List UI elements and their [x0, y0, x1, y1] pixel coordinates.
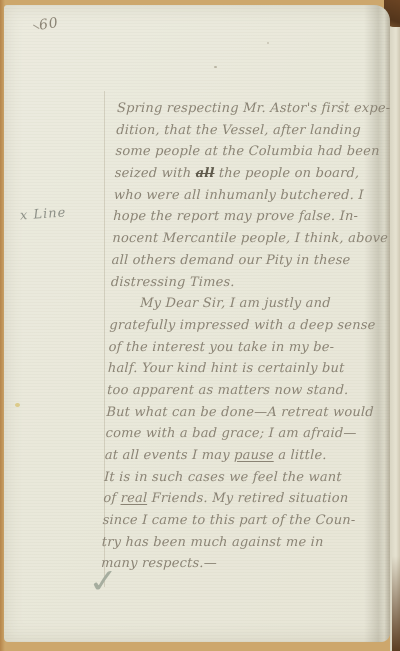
- manuscript-segment: gratefully impressed with a deep sense: [109, 318, 376, 333]
- manuscript-segment: of: [103, 491, 121, 506]
- manuscript-segment-underline: real: [120, 491, 147, 506]
- manuscript-line: at all events I may pause a little.: [104, 445, 383, 467]
- manuscript-segment: all others demand our Pity in these: [111, 253, 350, 268]
- manuscript-segment: the people on board,: [214, 166, 359, 181]
- paper-speck: [214, 66, 217, 68]
- manuscript-segment: But what can be done—A retreat would: [106, 405, 374, 420]
- manuscript-line: hope the report may prove false. In-: [113, 206, 392, 228]
- manuscript-segment: since I came to this part of the Coun-: [102, 513, 355, 528]
- paper-speck: [341, 101, 344, 103]
- manuscript-line: nocent Mercantile people, I think, above: [112, 228, 391, 250]
- manuscript-line: dition, that the Vessel, after landing: [116, 120, 395, 142]
- manuscript-text: Spring respecting Mr. Astor's first expe…: [101, 98, 396, 575]
- manuscript-line: try has been much against me in: [101, 532, 380, 554]
- margin-note: x Line: [20, 205, 67, 223]
- manuscript-segment: many respects.—: [101, 556, 217, 571]
- checkmark-icon: ✓: [86, 563, 120, 598]
- manuscript-line: Spring respecting Mr. Astor's first expe…: [117, 98, 396, 120]
- manuscript-segment: a little.: [274, 448, 327, 463]
- manuscript-segment-underline: pause: [234, 448, 274, 463]
- manuscript-line: many respects.—: [101, 553, 380, 575]
- manuscript-line: all others demand our Pity in these: [111, 250, 390, 272]
- manuscript-line: who were all inhumanly butchered. I: [114, 185, 393, 207]
- manuscript-segment: distressing Times.: [111, 275, 235, 290]
- manuscript-line: But what can be done—A retreat would: [106, 402, 385, 424]
- manuscript-segment: It is in such cases we feel the want: [104, 470, 342, 485]
- manuscript-segment-strike: all: [195, 166, 214, 181]
- manuscript-line: seized with all the people on board,: [114, 163, 393, 185]
- manuscript-line: of the interest you take in my be-: [108, 337, 387, 359]
- manuscript-page: 60 x Line Spring respecting Mr. Astor's …: [4, 5, 390, 642]
- manuscript-segment: try has been much against me in: [102, 535, 324, 550]
- binding-corner-bottom: [392, 556, 400, 651]
- manuscript-segment: come with a bad grace; I am afraid—: [105, 426, 356, 441]
- paper-stain-speck: [15, 403, 20, 407]
- manuscript-line: come with a bad grace; I am afraid—: [105, 423, 384, 445]
- manuscript-segment: of the interest you take in my be-: [108, 340, 334, 355]
- manuscript-line: since I came to this part of the Coun-: [102, 510, 381, 532]
- manuscript-segment: dition, that the Vessel, after landing: [116, 123, 361, 138]
- page-number: 60: [29, 15, 60, 35]
- manuscript-line: half. Your kind hint is certainly but: [107, 358, 386, 380]
- paper-speck: [267, 42, 269, 44]
- manuscript-segment: nocent Mercantile people, I think, above: [112, 231, 388, 246]
- manuscript-segment: too apparent as matters now stand.: [107, 383, 349, 398]
- manuscript-segment: Spring respecting Mr. Astor's first expe…: [117, 101, 391, 116]
- manuscript-segment: who were all inhumanly butchered. I: [114, 188, 364, 203]
- manuscript-line: It is in such cases we feel the want: [104, 467, 383, 489]
- manuscript-scan: { "page": { "number": "60", "margin_note…: [0, 0, 400, 651]
- manuscript-line: too apparent as matters now stand.: [107, 380, 386, 402]
- manuscript-segment: My Dear Sir, I am justly and: [140, 296, 331, 311]
- manuscript-segment: half. Your kind hint is certainly but: [108, 361, 345, 376]
- manuscript-line: of real Friends. My retired situation: [103, 488, 382, 510]
- manuscript-segment: some people at the Columbia had been: [115, 144, 380, 159]
- manuscript-line: gratefully impressed with a deep sense: [109, 315, 388, 337]
- manuscript-segment: Friends. My retired situation: [147, 491, 349, 506]
- manuscript-segment: hope the report may prove false. In-: [113, 209, 358, 224]
- manuscript-segment: seized with: [114, 166, 195, 181]
- manuscript-line: My Dear Sir, I am justly and: [110, 293, 389, 315]
- manuscript-line: some people at the Columbia had been: [115, 141, 394, 163]
- manuscript-segment: at all events I may: [105, 448, 235, 463]
- manuscript-line: distressing Times.: [111, 272, 390, 294]
